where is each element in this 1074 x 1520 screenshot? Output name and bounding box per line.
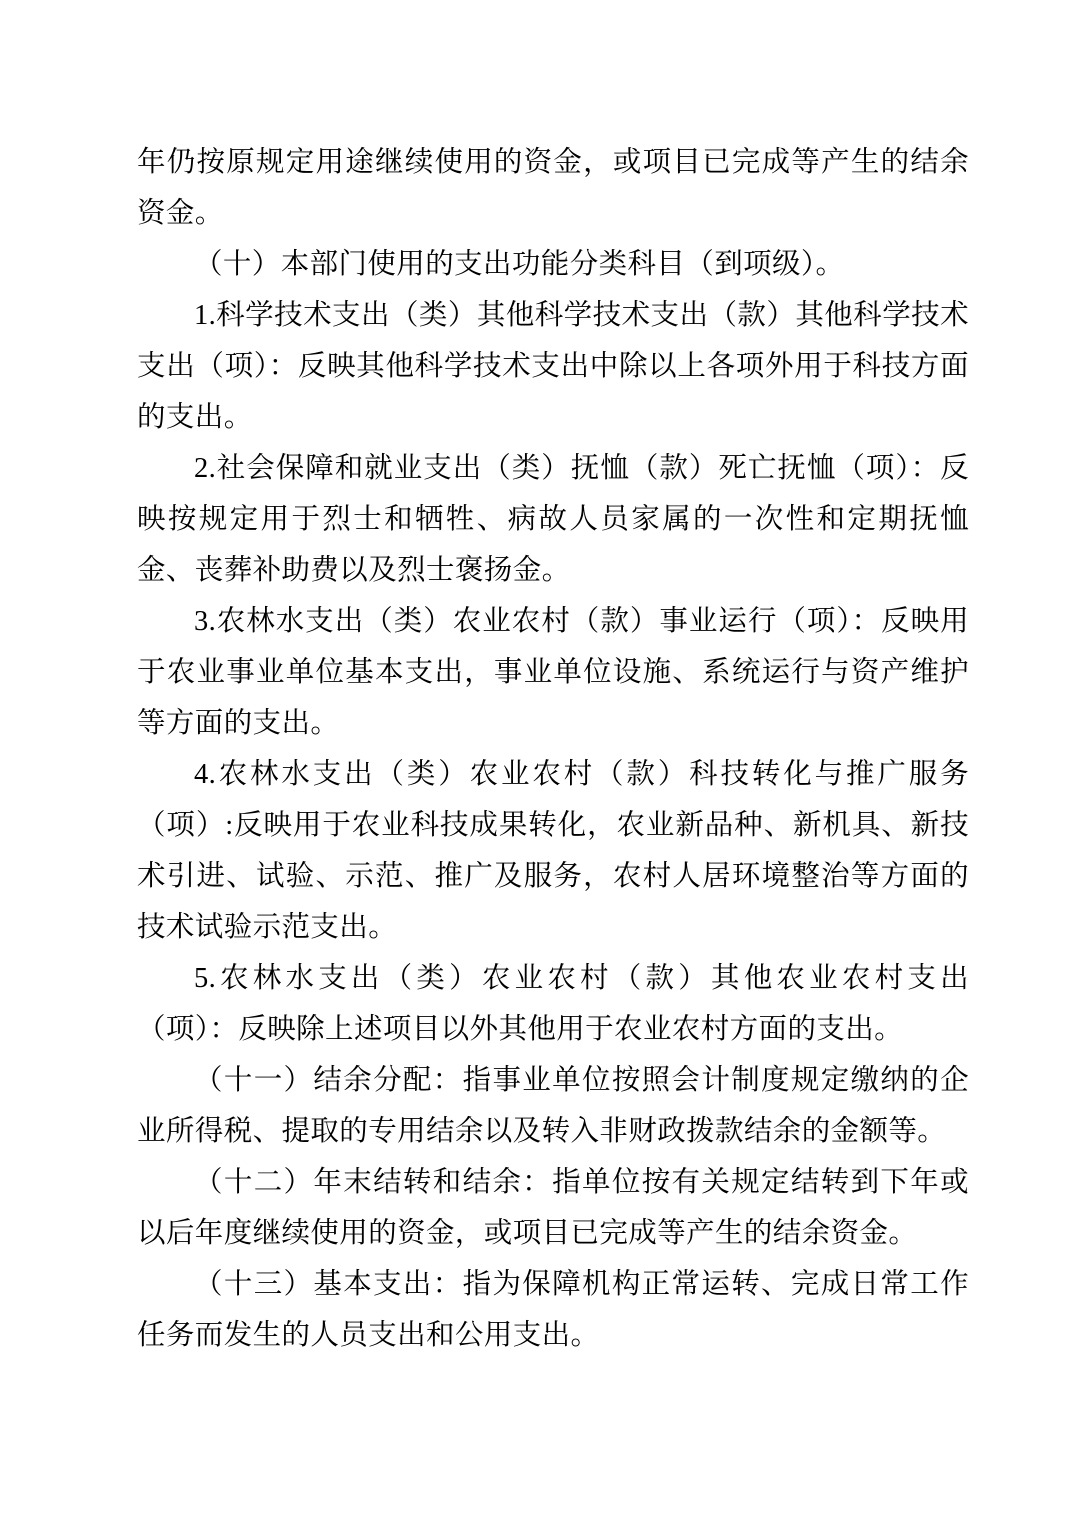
paragraph-item-4: 4.农林水支出（类）农业农村（款）科技转化与推广服务（项）:反映用于农业科技成果… [137,749,969,953]
paragraph-item-1: 1.科学技术支出（类）其他科学技术支出（款）其他科学技术支出（项）：反映其他科学… [137,290,969,443]
document-page: 年仍按原规定用途继续使用的资金，或项目已完成等产生的结余资金。 （十）本部门使用… [0,0,1074,1520]
paragraph-section-11: （十一）结余分配：指事业单位按照会计制度规定缴纳的企业所得税、提取的专用结余以及… [137,1055,969,1157]
paragraph-section-12: （十二）年末结转和结余：指单位按有关规定结转到下年或以后年度继续使用的资金，或项… [137,1157,969,1259]
paragraph-section-13: （十三）基本支出：指为保障机构正常运转、完成日常工作任务而发生的人员支出和公用支… [137,1259,969,1361]
paragraph-item-3: 3.农林水支出（类）农业农村（款）事业运行（项）：反映用于农业事业单位基本支出，… [137,596,969,749]
paragraph-item-2: 2.社会保障和就业支出（类）抚恤（款）死亡抚恤（项）：反映按规定用于烈士和牺牲、… [137,443,969,596]
paragraph-continuation: 年仍按原规定用途继续使用的资金，或项目已完成等产生的结余资金。 [137,137,969,239]
paragraph-item-5: 5.农林水支出（类）农业农村（款）其他农业农村支出（项）：反映除上述项目以外其他… [137,953,969,1055]
document-body: 年仍按原规定用途继续使用的资金，或项目已完成等产生的结余资金。 （十）本部门使用… [137,137,969,1361]
paragraph-section-10: （十）本部门使用的支出功能分类科目（到项级）。 [137,239,969,290]
